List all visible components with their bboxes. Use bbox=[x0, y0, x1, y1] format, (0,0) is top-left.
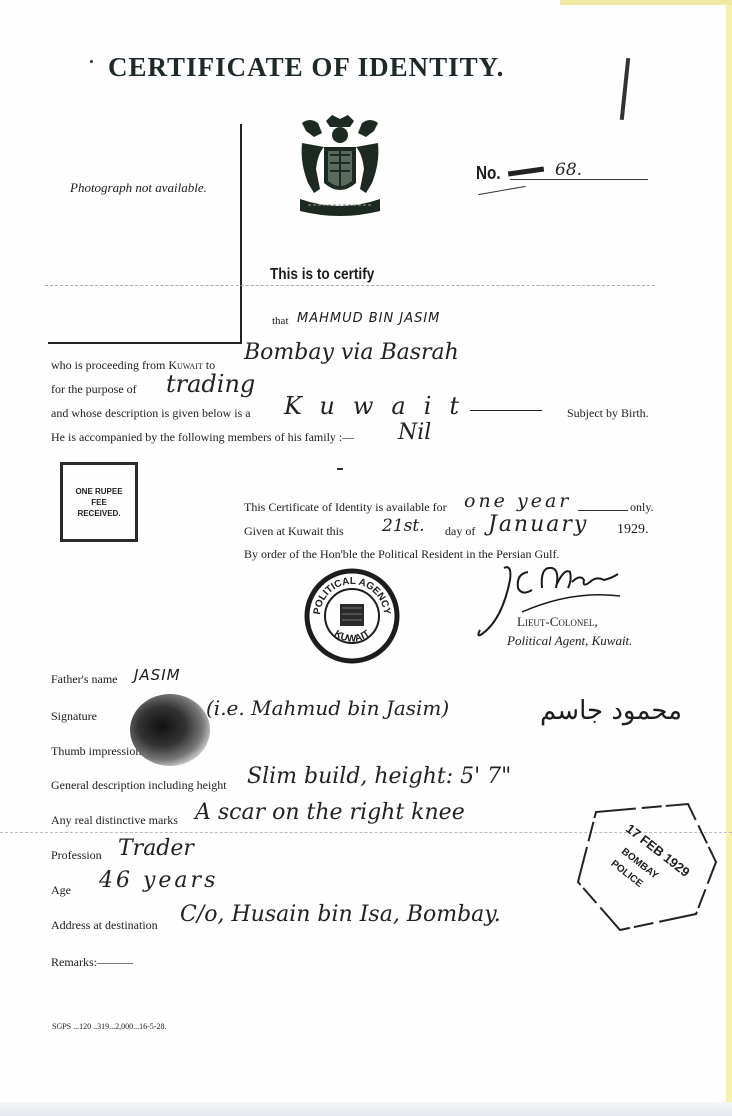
photo-placeholder: Photograph not available. bbox=[70, 180, 207, 196]
certificate-number: 68. bbox=[555, 160, 582, 180]
certify-heading: This is to certify bbox=[270, 266, 374, 284]
general-description-label: General description including height bbox=[51, 778, 227, 793]
family-label: He is accompanied by the following membe… bbox=[51, 430, 354, 445]
svg-text:KUWAIT: KUWAIT bbox=[332, 628, 372, 644]
pen-mark bbox=[620, 58, 630, 120]
remarks-label: Remarks:——— bbox=[51, 955, 133, 970]
fold-line bbox=[45, 285, 655, 286]
print-code: SGPS ...120 ..319...2,000...16-5-28. bbox=[52, 1022, 166, 1031]
signature-value: (i.e. Mahmud bin Jasim) bbox=[206, 696, 449, 720]
fathers-name-label: Father's name bbox=[51, 672, 117, 687]
thumb-label: Thumb impression bbox=[51, 744, 141, 759]
age-label: Age bbox=[51, 883, 71, 898]
profession-label: Profession bbox=[51, 848, 102, 863]
political-agency-seal-icon: POLITICAL AGENCY KUWAIT bbox=[304, 568, 400, 664]
thumb-impression bbox=[130, 694, 210, 766]
bombay-police-stamp: 17 FEB 1929 BOMBAY POLICE bbox=[568, 802, 718, 932]
validity-suffix: only. bbox=[630, 500, 654, 515]
nationality-underline bbox=[470, 410, 542, 411]
struck-out-number bbox=[508, 167, 544, 177]
arabic-signature: محمود جاسم bbox=[540, 696, 682, 726]
signatory-title: Political Agent, Kuwait. bbox=[507, 633, 632, 649]
royal-crest-icon bbox=[296, 113, 384, 219]
validity-label: This Certificate of Identity is availabl… bbox=[244, 500, 447, 515]
photo-box bbox=[48, 124, 242, 344]
age-value: 46 years bbox=[99, 868, 218, 893]
family-value: Nil bbox=[398, 420, 431, 445]
fathers-name-value: JASIM bbox=[134, 666, 181, 684]
signatory-rank: Lieut-Colonel, bbox=[517, 614, 598, 630]
purpose-label: for the purpose of bbox=[51, 382, 137, 397]
given-month: January bbox=[488, 512, 588, 537]
address-label: Address at destination bbox=[51, 918, 158, 933]
scan-edge-top bbox=[560, 0, 732, 5]
distinctive-marks-value: A scar on the right knee bbox=[195, 800, 465, 825]
nationality-value: Kuwait bbox=[284, 392, 477, 420]
that-label: that bbox=[272, 315, 289, 327]
purpose-value: trading bbox=[166, 370, 255, 398]
ink-dot bbox=[90, 60, 93, 63]
holder-name: MAHMUD BIN JASIM bbox=[297, 311, 440, 326]
given-year: 1929. bbox=[617, 522, 649, 538]
fee-received-stamp: ONE RUPEE FEE RECEIVED. bbox=[60, 462, 138, 542]
certificate-page: CERTIFICATE OF IDENTITY. Photograph not … bbox=[0, 0, 732, 1116]
number-underline bbox=[510, 179, 648, 180]
nationality-suffix: Subject by Birth. bbox=[567, 406, 649, 421]
given-day: 21st. bbox=[382, 516, 425, 536]
destination: Bombay via Basrah bbox=[244, 340, 459, 365]
address-value: C/o, Husain bin Isa, Bombay. bbox=[180, 902, 501, 927]
given-day-suffix: day of bbox=[445, 524, 475, 539]
scan-shadow bbox=[0, 1102, 732, 1116]
distinctive-marks-label: Any real distinctive marks bbox=[51, 813, 178, 828]
scan-edge bbox=[726, 0, 732, 1116]
nationality-label: and whose description is given below is … bbox=[51, 406, 251, 421]
struck-out-annotation bbox=[478, 186, 525, 195]
profession-value: Trader bbox=[118, 836, 194, 861]
signature-label: Signature bbox=[51, 709, 97, 724]
validity-value: one year bbox=[464, 490, 571, 512]
validity-underline bbox=[578, 510, 628, 511]
certificate-number-label: No. bbox=[476, 163, 501, 184]
general-description-value: Slim build, height: 5' 7" bbox=[247, 764, 511, 789]
given-label: Given at Kuwait this bbox=[244, 524, 344, 539]
ink-mark bbox=[337, 468, 343, 470]
document-title: CERTIFICATE OF IDENTITY. bbox=[108, 52, 504, 83]
